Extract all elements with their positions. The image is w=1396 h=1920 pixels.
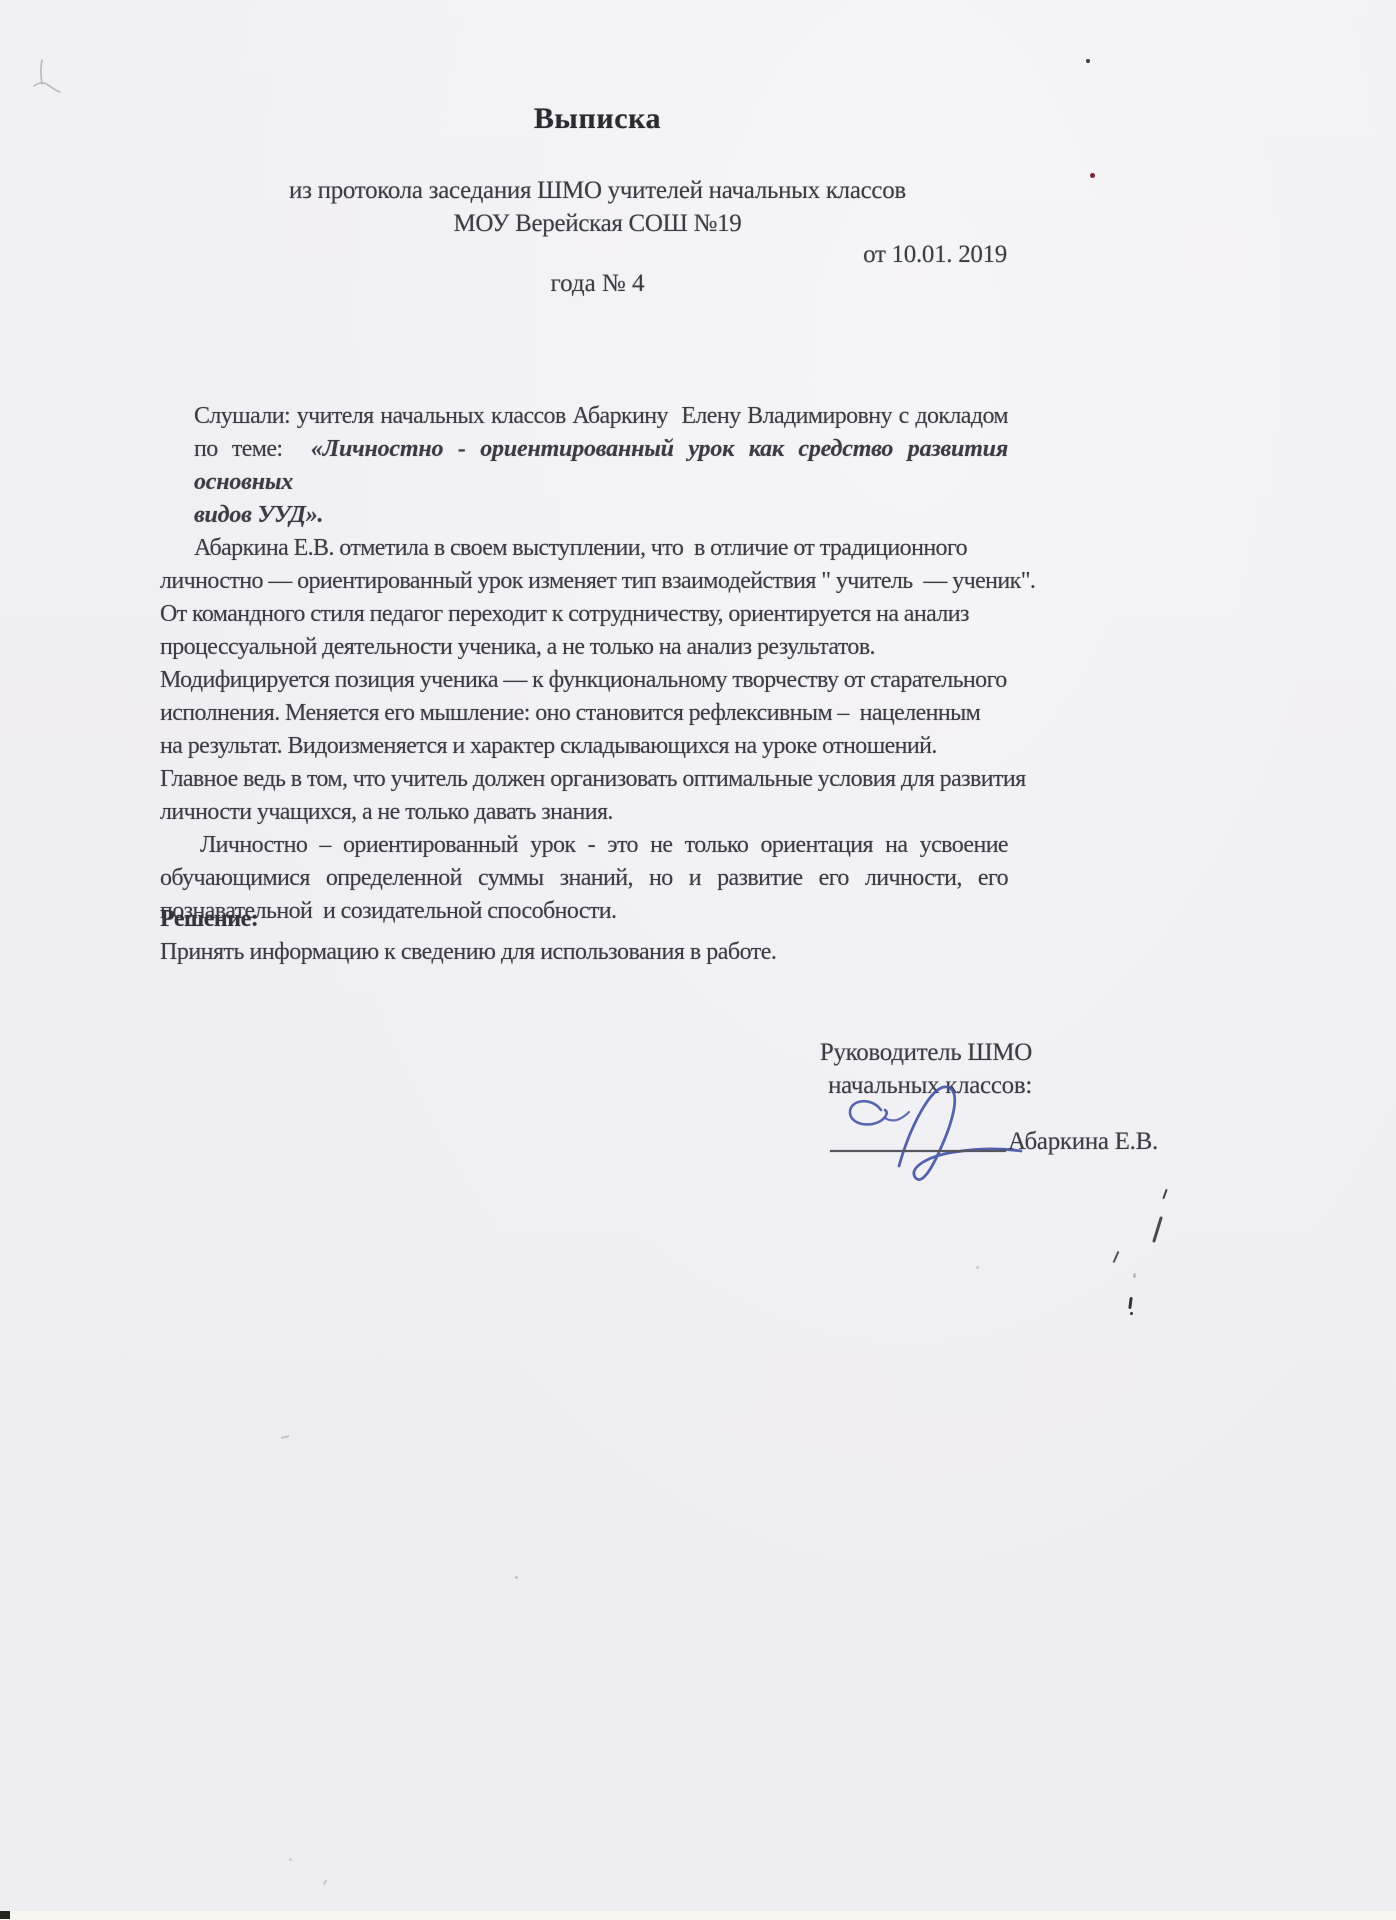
body-line: Модифицируется позиция ученика — к функц… [160, 664, 1008, 697]
body-line: на результат. Видоизменяется и характер … [160, 730, 1008, 763]
signatory-name: Абаркина Е.В. [1008, 1128, 1158, 1156]
scan-speck [289, 1858, 292, 1861]
scan-speck [515, 1576, 518, 1579]
resolution-block: Решение: Принять информацию к сведению д… [160, 903, 1008, 969]
scan-speck [657, 416, 660, 419]
body-line: исполнения. Меняется его мышление: оно с… [160, 697, 1008, 730]
signature-underline [830, 1150, 1006, 1152]
scan-mark [1133, 1273, 1136, 1278]
scan-smudge-icon [30, 52, 70, 102]
body-line: личностно — ориентированный урок изменяе… [160, 565, 1008, 598]
scanned-document-page: { "document": { "title": "Выписка", "hea… [0, 0, 1396, 1920]
date-line: от 10.01. 2019 [160, 241, 1007, 269]
body-line: От командного стиля педагог переходит к … [160, 598, 1008, 631]
scan-speck [976, 1266, 979, 1269]
body-line: Слушали: учителя начальных классов Абарк… [194, 400, 1008, 433]
body-line: Главное ведь в том, что учитель должен о… [160, 763, 1008, 796]
protocol-number-line: года № 4 [160, 270, 1035, 298]
body-line: обучающимися определенной суммы знаний, … [160, 862, 1008, 895]
header-line-1: из протокола заседания ШМО учителей нача… [160, 174, 1035, 207]
body-line: видов УУД». [194, 499, 1008, 532]
signature-role-line-1: Руководитель ШМО [160, 1036, 1032, 1069]
scan-speck [1086, 59, 1090, 63]
document-header: из протокола заседания ШМО учителей нача… [160, 174, 1035, 240]
body-line: Личностно – ориентированный урок - это н… [160, 829, 1008, 862]
document-title: Выписка [160, 102, 1035, 136]
body-text: Слушали: учителя начальных классов Абарк… [160, 400, 1008, 928]
body-line: процессуальной деятельности ученика, а н… [160, 631, 1008, 664]
resolution-heading: Решение: [160, 903, 1008, 936]
scan-bottom-edge [0, 1911, 1396, 1920]
scan-corner-mark [0, 1911, 10, 1919]
resolution-text: Принять информацию к сведению для исполь… [160, 936, 1008, 969]
body-line: личности учащихся, а не только давать зн… [160, 796, 1008, 829]
body-line: по теме: «Личностно - ориентированный ур… [194, 433, 1008, 499]
red-ink-dot [1090, 173, 1095, 178]
header-line-2: МОУ Верейская СОШ №19 [160, 207, 1035, 240]
scan-mark [1130, 1312, 1133, 1315]
body-line: Абаркина Е.В. отметила в своем выступлен… [160, 532, 1008, 565]
